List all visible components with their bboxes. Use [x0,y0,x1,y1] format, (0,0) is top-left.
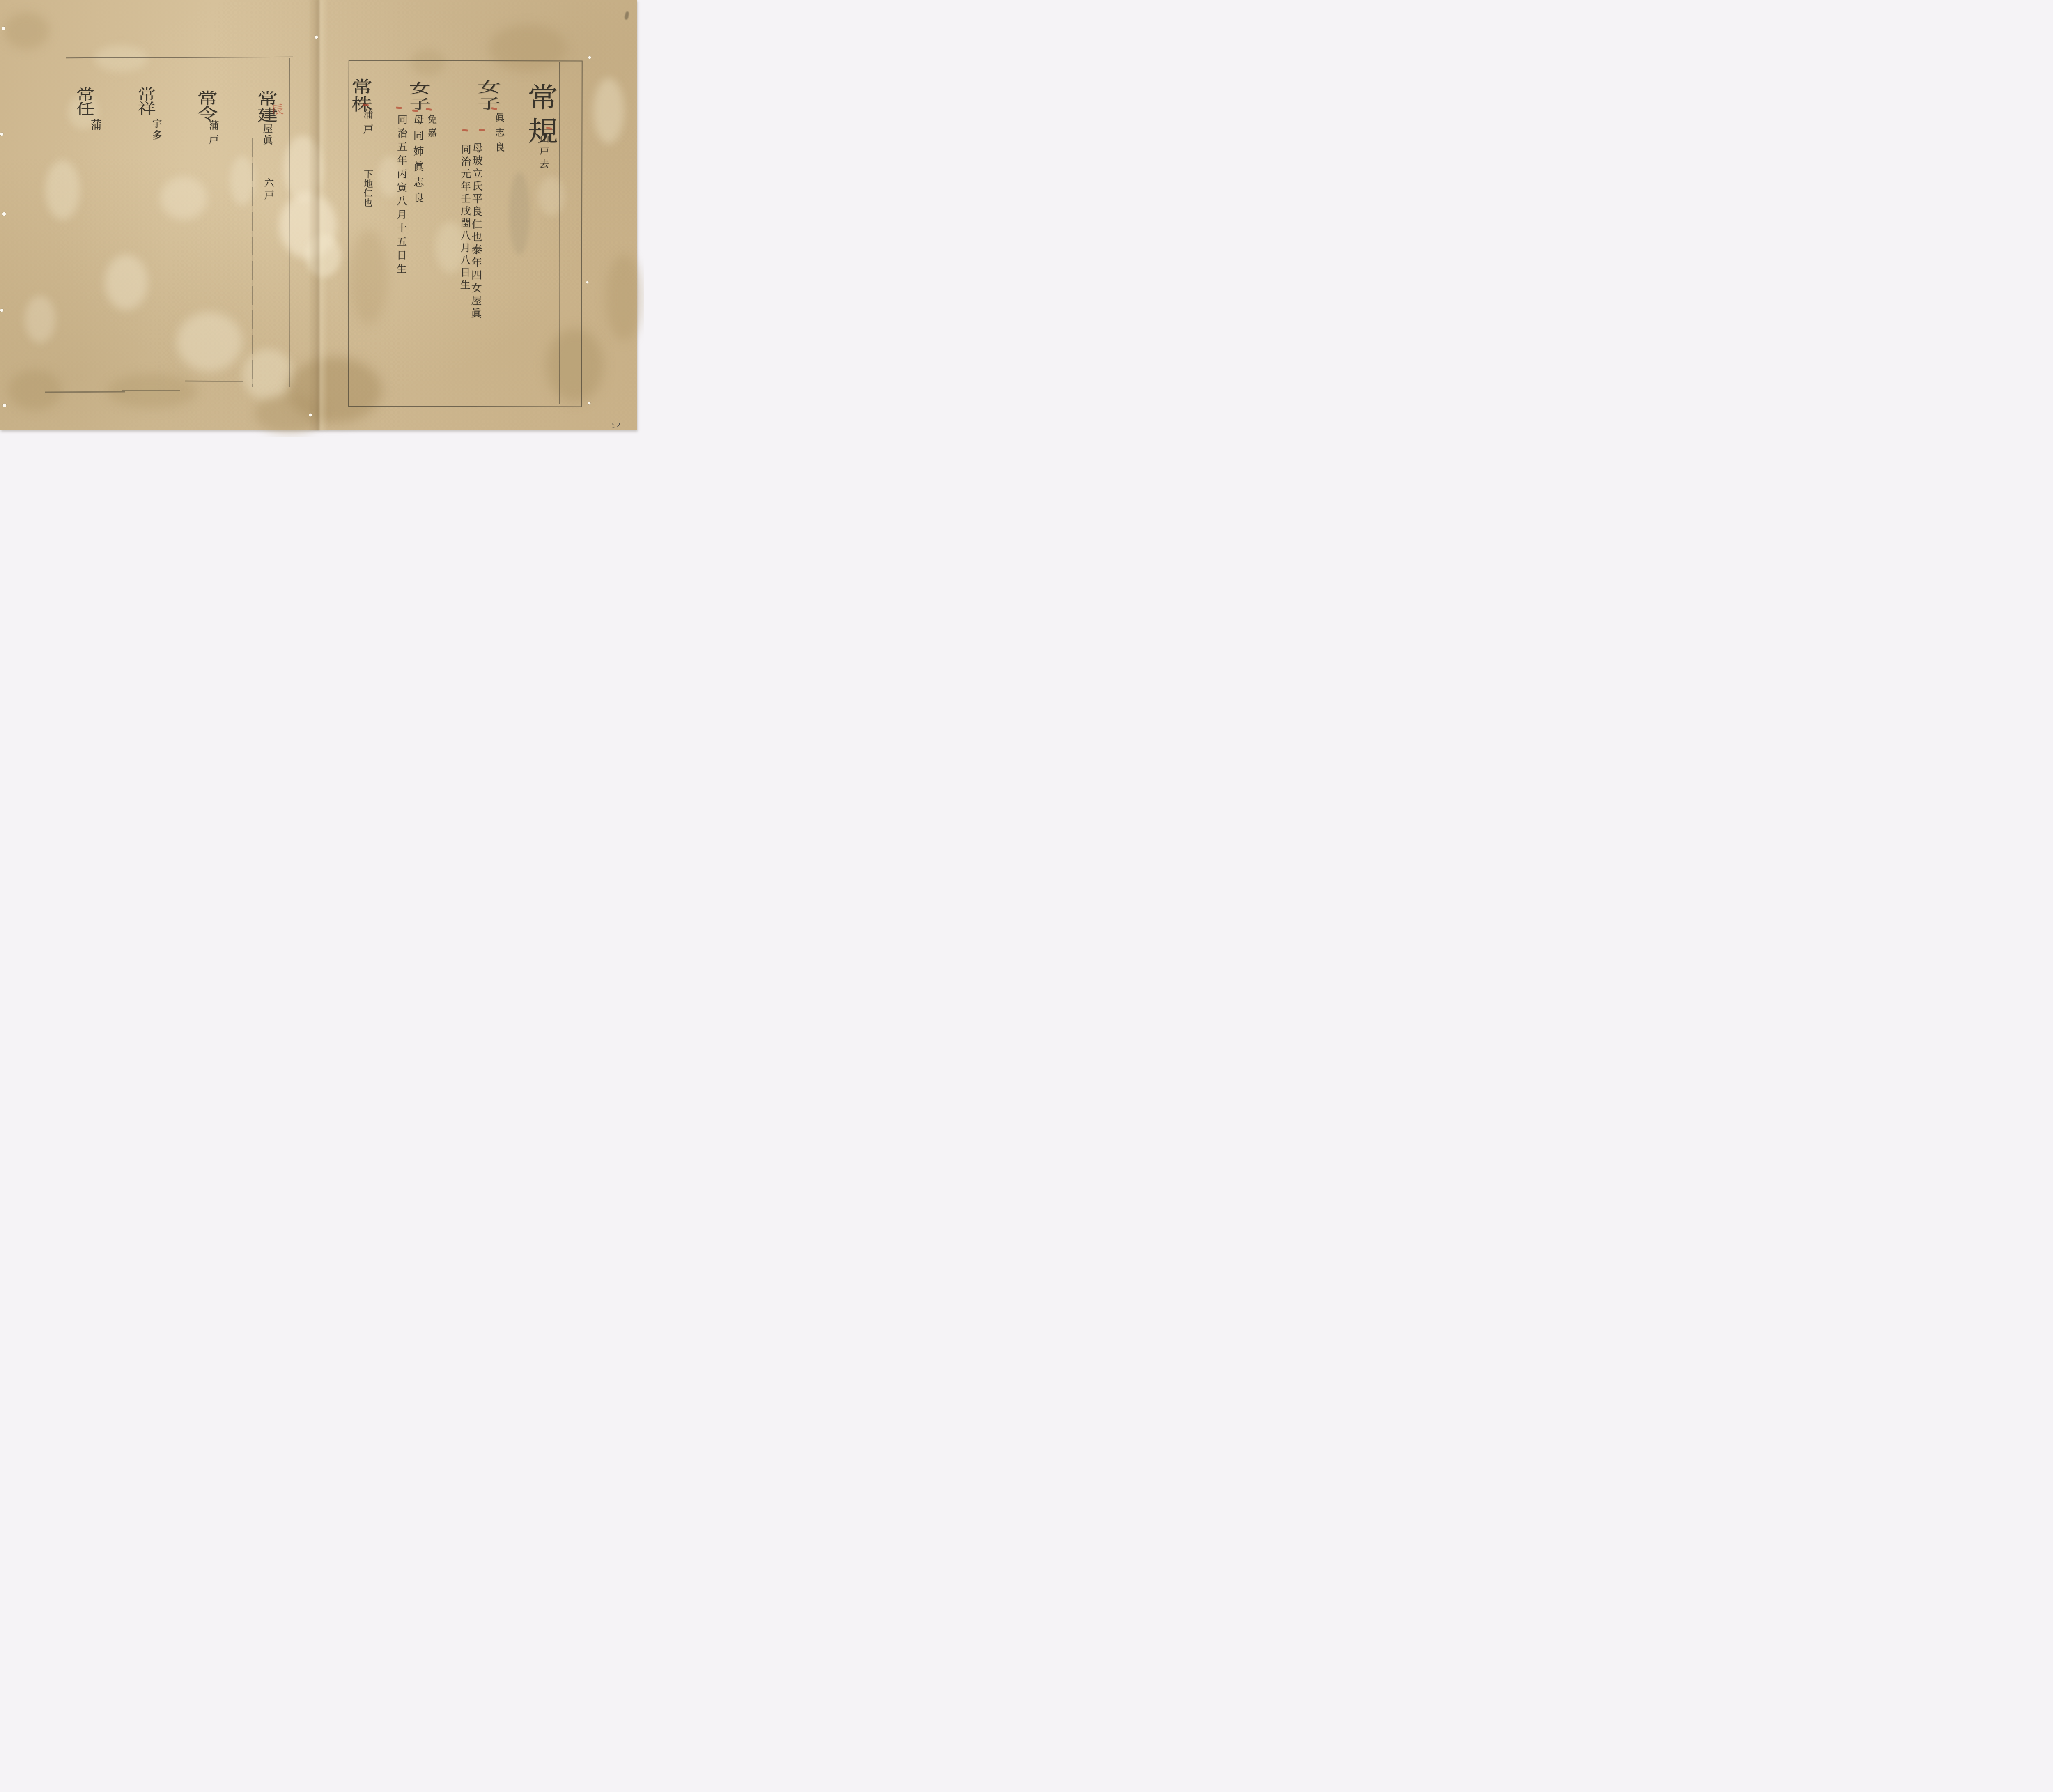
page-number: 52 [612,421,621,430]
punch-hole [0,132,4,136]
red-correction-note: 辰 [268,103,286,116]
paper-stain [8,370,62,411]
paper-sheet: 常規 山戸去 女子 眞志良 母玻立氏平良仁也泰年四女屋眞 同治元年壬戌閏八月八日… [0,0,637,430]
punch-hole [588,402,591,405]
paper-stain [105,255,148,310]
red-ink-tick [479,129,485,131]
red-ink-tick [412,109,418,112]
entry-annotation: 山戸去 [536,133,551,172]
left-page-frame-top [66,57,293,58]
entry-name: 免嘉 [425,114,438,140]
paper-stain [230,156,255,205]
paper-stain [593,78,624,144]
left-page-rule-stub [168,58,168,79]
paper-stain [242,349,294,400]
entry-annotation: 蒲戸 [205,120,220,149]
red-ink-tick [396,106,402,109]
paper-stain [606,255,643,341]
punch-hole [2,403,7,407]
left-page-frame-bottom [122,390,180,391]
paper-stain [25,296,55,343]
entry-annotation: 六戸 [261,177,276,202]
entry-birth-line: 同治元年壬戌閏八月八日生 [457,144,473,292]
left-page-column-rule [252,138,253,387]
paper-stain [177,312,242,372]
scanned-family-register: 常規 山戸去 女子 眞志良 母玻立氏平良仁也泰年四女屋眞 同治元年壬戌閏八月八日… [0,0,644,437]
left-page-frame-bottom [185,381,243,382]
left-page-frame-bottom [45,391,125,393]
paper-stain [4,12,49,49]
entry-mother-line: 母同姉眞志良 [410,114,425,208]
binding-stitch-hole [315,35,318,39]
entry-annotation: 下地仁也 [360,169,374,207]
binding-fold [308,0,328,430]
entry-annotation: 蒲戸 [360,108,375,139]
entry-heading: 女子 [403,81,434,113]
paper-stain [45,160,80,220]
red-ink-tick [462,129,468,131]
entry-annotation: 宇多 [149,118,163,141]
entry-heading: 女子 [469,80,504,113]
punch-hole [2,26,6,30]
entry-heading: 常令 [191,90,221,121]
paper-stain [94,45,148,72]
binding-stitch-hole [309,413,312,417]
paper-stain [160,177,207,220]
punch-hole [2,212,6,216]
entry-birth-line: 同治五年丙寅八月十五日生 [393,114,409,277]
entry-heading: 常任 [71,87,97,116]
entry-heading: 常祥 [132,87,158,115]
entry-annotation: 蒲 [87,119,103,130]
punch-hole [588,56,591,59]
entry-name: 眞志良 [492,113,506,157]
punch-hole [0,308,4,312]
punch-hole [586,281,589,284]
entry-annotation: 屋眞 [260,123,274,146]
ink-smudge [624,11,629,20]
left-page-frame-right [289,58,290,387]
